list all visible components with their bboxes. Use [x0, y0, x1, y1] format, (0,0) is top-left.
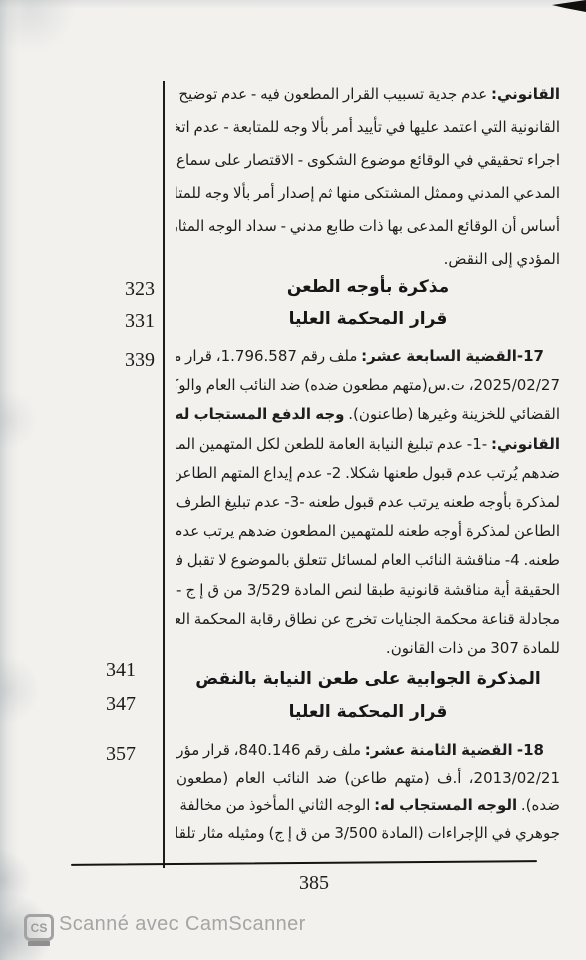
toc-heading-supreme-court-decision-2: قرار المحكمة العليا: [176, 697, 560, 727]
page-ref-323: 323: [107, 279, 155, 299]
text-line: أساس أن الوقائع المدعى بها ذات طابع مدني…: [176, 210, 560, 243]
page-ref-357: 357: [88, 744, 136, 764]
camscanner-watermark-label: Scanné avec CamScanner: [59, 913, 306, 936]
page-ref-347: 347: [88, 694, 136, 714]
page-ref-339: 339: [107, 350, 155, 370]
page-ref-341: 341: [88, 660, 136, 680]
scanned-book-page: القانوني: عدم جدية تسبيب القرار المطعون …: [0, 0, 586, 960]
camscanner-logo-icon: CS: [24, 914, 54, 941]
text-line: القانونية التي اعتمد عليها في تأييد أمر …: [176, 111, 560, 144]
scan-corner-artifact: [552, 0, 586, 15]
text-line: القانوني: عدم جدية تسبيب القرار المطعون …: [176, 78, 560, 111]
text-line: 2025/02/27، ت.س(متهم مطعون ضده) ضد النائ…: [176, 371, 560, 400]
footer-rule: [71, 860, 537, 866]
text-line: المدعي المدني وممثل المشتكى منها ثم إصدا…: [176, 177, 560, 210]
text-line: الطاعن لمذكرة أوجه طعنه للمتهمين المطعون…: [176, 517, 560, 546]
text-line: الحقيقة أية مناقشة قانونية طبقا لنص الما…: [176, 576, 560, 605]
text-line: طعنه. 4- مناقشة النائب العام لمسائل تتعل…: [176, 546, 560, 575]
text-line: مجادلة قناعة محكمة الجنايات تخرج عن نطاق…: [176, 605, 560, 634]
text-line: ضدهم يُرتب عدم قبول طعنها شكلا. 2- عدم إ…: [176, 459, 560, 488]
text-line: 2013/02/21، أ.ف (متهم طاعن) ضد النائب ال…: [176, 765, 560, 793]
text-line: للمادة 307 من ذات القانون.: [176, 634, 560, 663]
camscanner-badge-label: CS: [31, 921, 48, 935]
page-number: 385: [283, 872, 345, 895]
text-line: ضده). الوجه المستجاب له: الوجه الثاني ال…: [176, 792, 560, 820]
text-line: 18- القضية الثامنة عشر: ملف رقم 840.146،…: [176, 737, 560, 765]
toc-entry-case-18-text: 18- القضية الثامنة عشر: ملف رقم 840.146،…: [176, 737, 560, 848]
text-line: 17-القضية السابعة عشر: ملف رقم 1.796.587…: [176, 342, 560, 371]
page-ref-331: 331: [107, 311, 155, 331]
text-line: اجراء تحقيقي في الوقائع موضوع الشكوى - ا…: [176, 144, 560, 177]
text-line: لمذكرة بأوجه طعنه يرتب عدم قبول طعنه -3-…: [176, 488, 560, 517]
toc-heading-memo-of-appeal-grounds: مذكرة بأوجه الطعن: [176, 272, 560, 302]
toc-heading-supreme-court-decision-1: قرار المحكمة العليا: [176, 304, 560, 334]
toc-entry-case-17-text: 17-القضية السابعة عشر: ملف رقم 1.796.587…: [176, 342, 560, 663]
toc-divider-line: [163, 81, 165, 868]
toc-heading-reply-memo: المذكرة الجوابية على طعن النيابة بالنقض: [176, 664, 560, 694]
toc-entry-legal-principle-text: القانوني: عدم جدية تسبيب القرار المطعون …: [176, 78, 560, 276]
text-line: جوهري في الإجراءات (المادة 3/500 من ق إ …: [176, 820, 560, 848]
text-line: القانوني: -1- عدم تبليغ النيابة العامة ل…: [176, 430, 560, 459]
text-line: القضائي للخزينة وغيرها (طاعنون). وجه الد…: [176, 400, 560, 429]
